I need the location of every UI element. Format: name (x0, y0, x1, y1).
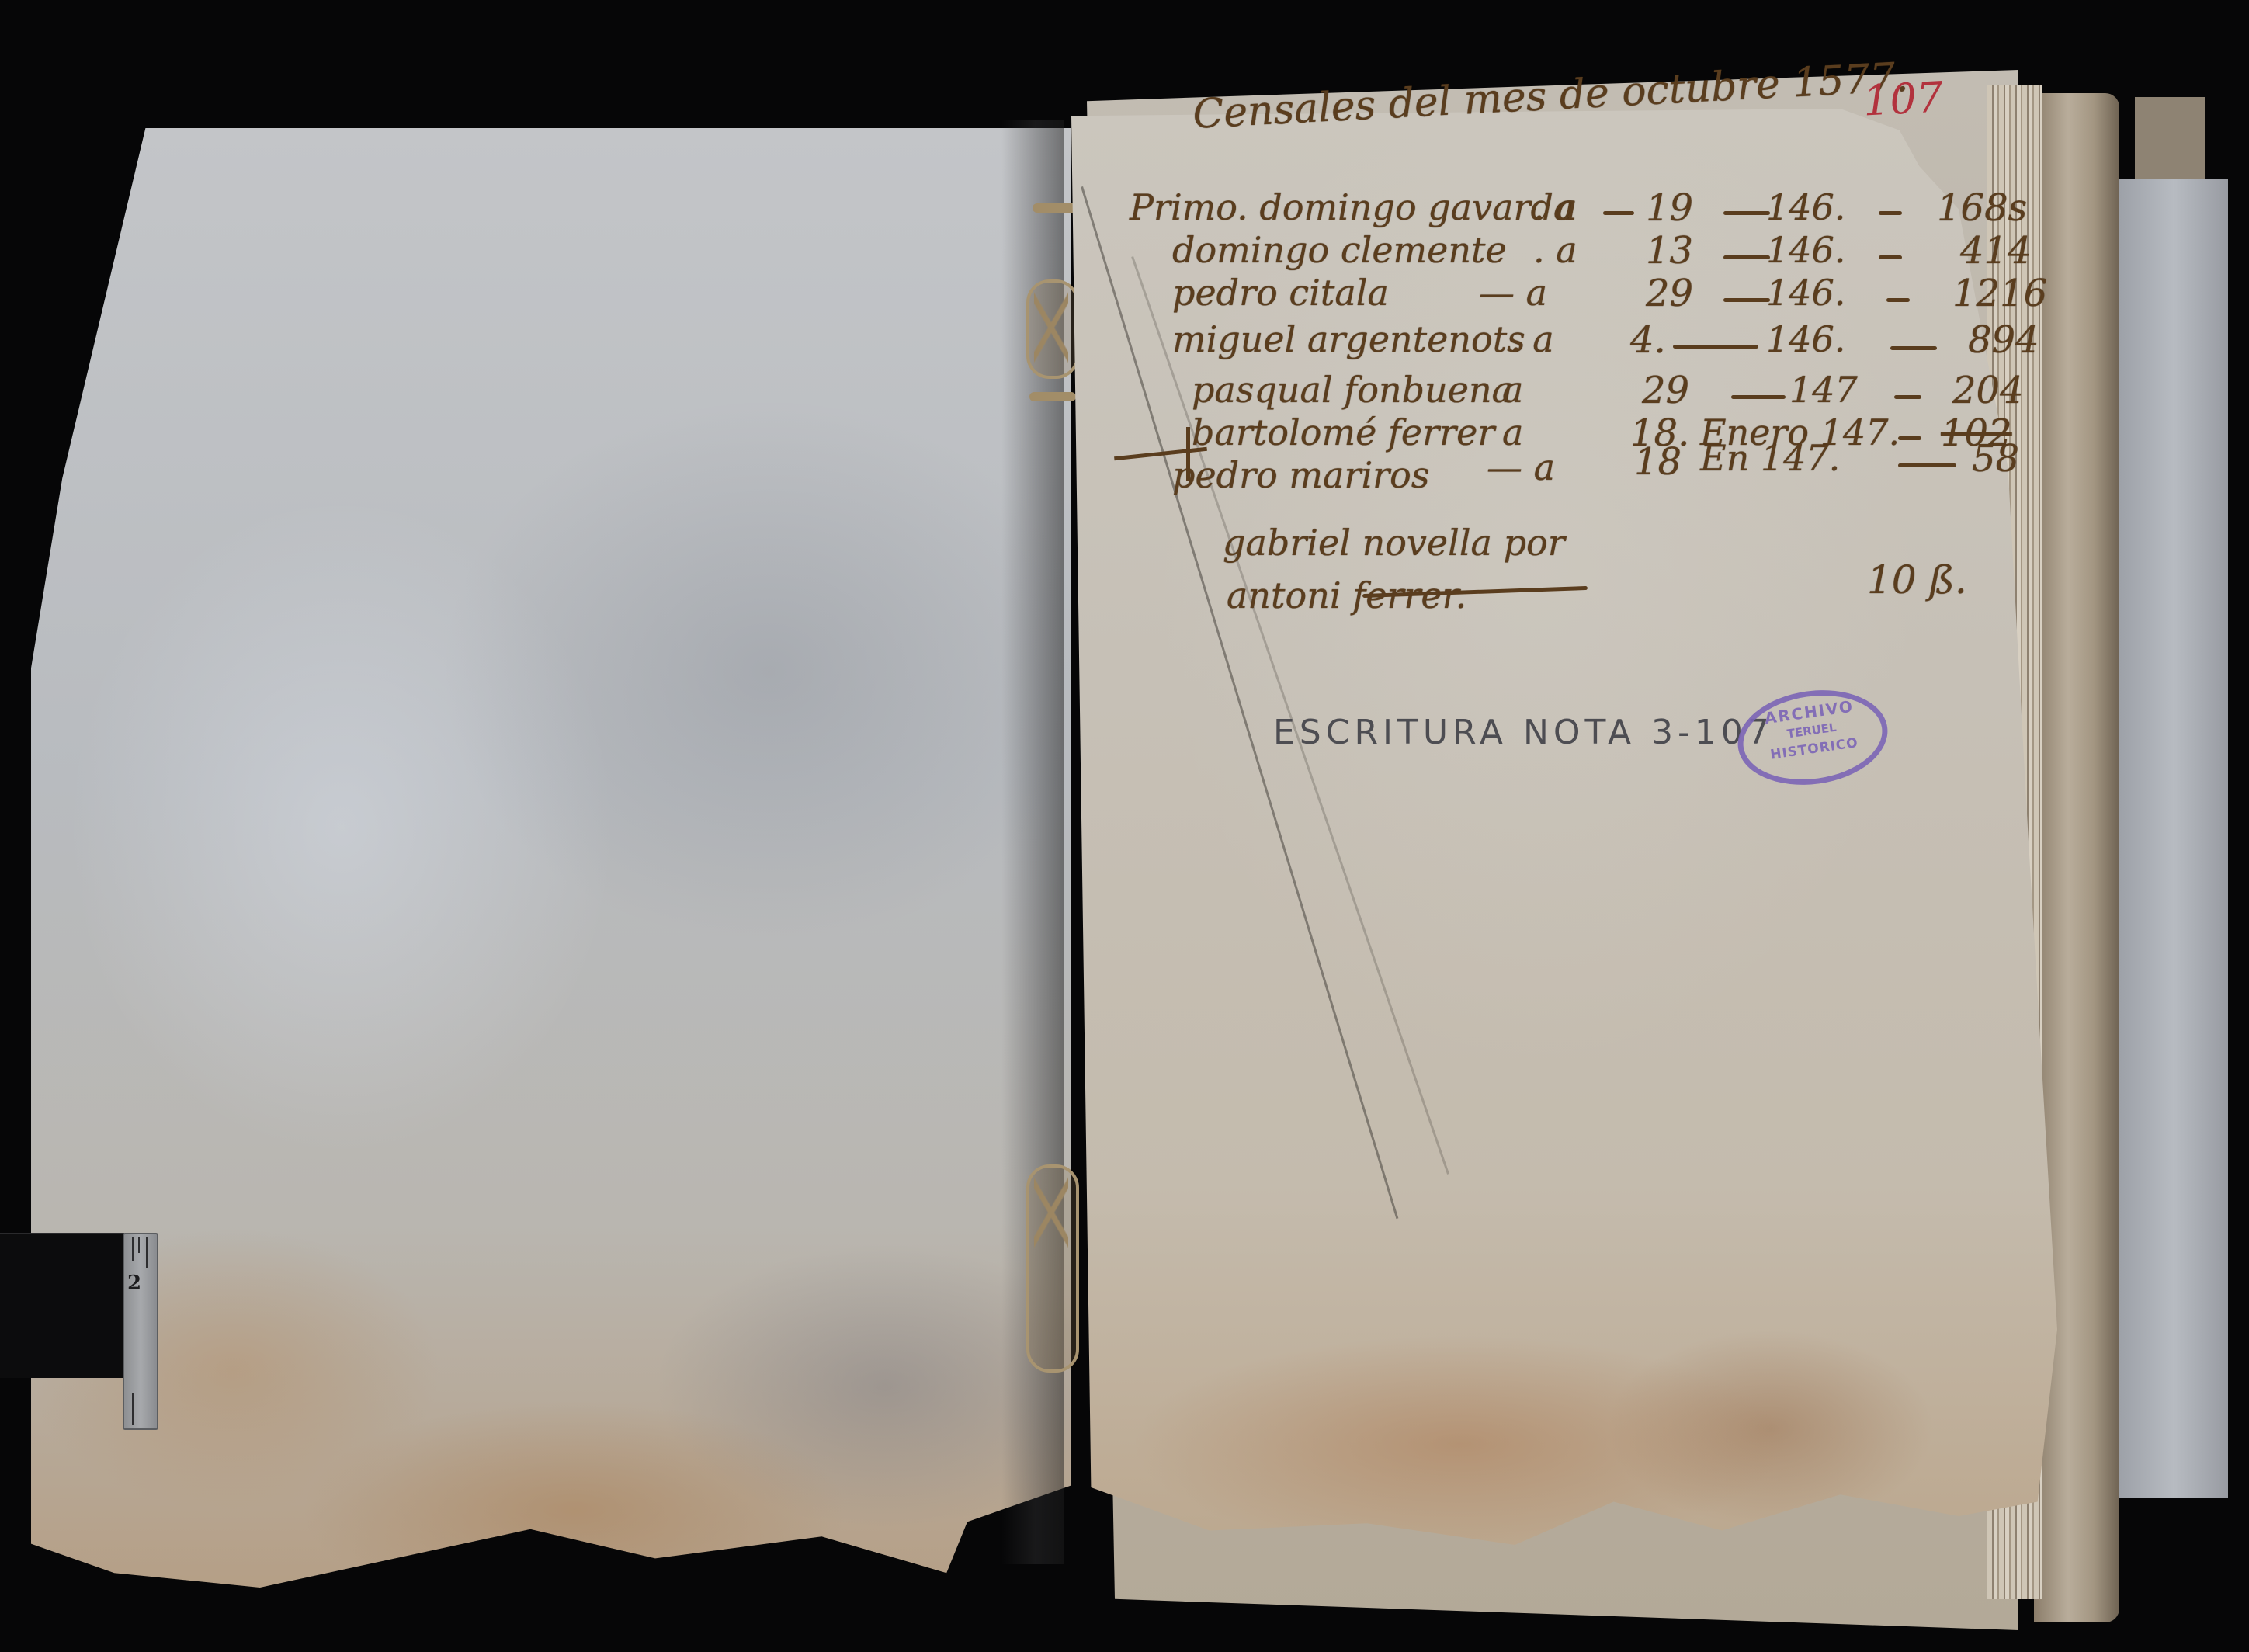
entry-amount: 414 (1960, 229, 2032, 272)
back-cover-top-edge (2135, 97, 2205, 182)
entry-a: — a (1479, 272, 1547, 314)
folio-number: 107 (1862, 72, 1944, 125)
entry-name: bartolomé ferrer (1192, 411, 1494, 453)
entry-year: En 147. (1700, 437, 1840, 479)
entry-name: Primo. domingo gavarda (1130, 186, 1574, 228)
entry-name: domingo clemente (1172, 229, 1507, 271)
entry-year: 146. (1766, 272, 1845, 314)
entry-amount: 204 (1952, 369, 2024, 412)
note-amount: 10 ß. (1867, 557, 1967, 602)
margin-cross-mark (1186, 427, 1190, 481)
ruler-label: 2 (127, 1272, 141, 1295)
binding-stitch-cross (1026, 1164, 1079, 1373)
entry-year: 146. (1766, 186, 1845, 228)
entry-name: miguel argentenots (1172, 318, 1525, 360)
scale-bar-backing (0, 1233, 124, 1378)
entry-day: 19 (1646, 186, 1693, 230)
entry-amount: 168s (1937, 186, 2027, 230)
entry-a: a (1502, 369, 1523, 411)
binding-stitch-cross (1026, 279, 1079, 379)
archive-reference: ESCRITURA NOTA 3-107 (1273, 713, 1774, 752)
entry-name: pasqual fonbuena (1192, 369, 1513, 411)
binding-stitch (1033, 203, 1079, 213)
entry-amount: 894 (1968, 318, 2039, 362)
entry-year: 147 (1789, 369, 1858, 411)
measurement-ruler: 2 (123, 1233, 158, 1430)
back-cover-flap (2119, 179, 2228, 1498)
entry-amount: 58 (1972, 437, 2019, 481)
entry-year: 146. (1766, 229, 1845, 271)
entry-name: pedro citala (1172, 272, 1389, 314)
entry-a: . a (1510, 318, 1554, 360)
entry-name: pedro mariros (1172, 454, 1429, 496)
entry-a: . a (1533, 186, 1577, 228)
note-line-2: antoni ferrer. (1227, 574, 1466, 616)
entry-day: 13 (1646, 229, 1693, 272)
note-line-1: gabriel novella por (1223, 522, 1565, 564)
left-page-blank-vellum (31, 128, 1071, 1588)
entry-day: 29 (1642, 369, 1689, 412)
entry-a: — a (1487, 446, 1555, 488)
binding-stitch (1029, 392, 1076, 401)
entry-day: 29 (1646, 272, 1693, 315)
entry-year: 146. (1766, 318, 1845, 360)
entry-day: 18 (1634, 440, 1682, 484)
entry-day: 4. (1630, 318, 1666, 362)
entry-amount: 1216 (1952, 272, 2047, 315)
entry-a: . a (1533, 229, 1577, 271)
